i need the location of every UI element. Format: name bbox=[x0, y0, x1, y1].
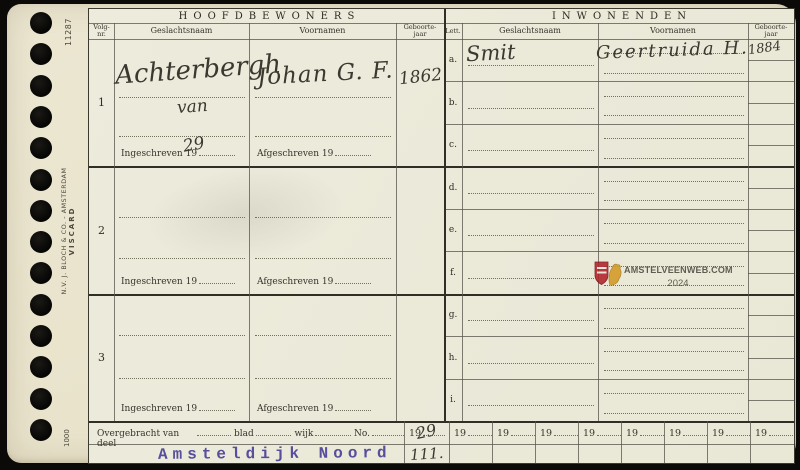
punch-hole bbox=[30, 325, 52, 347]
dotted-line bbox=[119, 335, 245, 336]
year-cell: 19 bbox=[449, 421, 492, 444]
dotted-line bbox=[468, 363, 594, 364]
row-letter: d. bbox=[444, 166, 462, 209]
column-header-volgnr: Volg- nr. bbox=[89, 23, 114, 39]
punch-hole bbox=[30, 419, 52, 441]
wijk-label: wijk bbox=[294, 429, 313, 439]
year-cell: 19 bbox=[621, 421, 664, 444]
main-resident-row: 2 Ingeschreven 19 Afgeschreven 19 bbox=[89, 166, 444, 294]
year-prefix: 19 bbox=[755, 428, 767, 439]
dotted-line bbox=[604, 393, 744, 394]
punch-hole bbox=[30, 356, 52, 378]
year-prefix: 19 bbox=[626, 428, 638, 439]
divider-line bbox=[89, 23, 794, 24]
dotted-line bbox=[468, 108, 594, 109]
year-cell: 19 bbox=[578, 421, 621, 444]
watermark-year: 2024 bbox=[624, 278, 732, 289]
dotted-line bbox=[604, 115, 744, 116]
dotted-line bbox=[468, 405, 594, 406]
dotted-line bbox=[119, 378, 245, 379]
surname-prefix-handwritten: van bbox=[176, 96, 208, 118]
year-prefix: 19 bbox=[497, 428, 509, 439]
address-stamp-cell: Amsteldijk Noord bbox=[89, 444, 404, 463]
lodger-row: i. bbox=[444, 379, 794, 421]
row-letter: g. bbox=[444, 294, 462, 336]
dotted-line bbox=[372, 428, 404, 436]
no-label: No. bbox=[354, 429, 370, 439]
column-header-geslachtsnaam-2: Geslachtsnaam bbox=[462, 23, 598, 39]
ingeschreven-field: Ingeschreven 19 bbox=[121, 276, 235, 287]
row-letter: c. bbox=[444, 124, 462, 166]
lodger-firstnames-handwritten: Geertruida H. bbox=[596, 37, 750, 63]
dotted-line bbox=[468, 320, 594, 321]
birthyear-handwritten: 1862 bbox=[398, 65, 443, 89]
dotted-line bbox=[683, 428, 707, 436]
registration-table: HOOFDBEWONERS INWONENDEN Volg- nr. Gesla… bbox=[88, 8, 795, 464]
serial-number-bottom: 1000 bbox=[63, 429, 71, 447]
lodger-row: g. bbox=[444, 294, 794, 336]
dotted-line bbox=[199, 276, 235, 284]
lodger-row: d. bbox=[444, 166, 794, 209]
dotted-line bbox=[604, 181, 744, 182]
house-number-handwritten: 111. bbox=[409, 444, 444, 464]
dotted-line bbox=[604, 73, 744, 74]
lodger-birthyear-handwritten: 1884 bbox=[747, 39, 782, 58]
divider-line bbox=[748, 358, 794, 359]
year-prefix: 19 bbox=[712, 428, 724, 439]
dotted-line bbox=[511, 428, 535, 436]
divider-line bbox=[748, 60, 794, 61]
punch-hole bbox=[30, 200, 52, 222]
year-cell: 19 bbox=[492, 421, 535, 444]
lodger-row: h. bbox=[444, 336, 794, 379]
punch-hole bbox=[30, 43, 52, 65]
dotted-line bbox=[604, 96, 744, 97]
ingeschreven-label: Ingeschreven 19 bbox=[121, 277, 197, 287]
serial-number-top: 11287 bbox=[64, 18, 73, 46]
punch-hole bbox=[30, 75, 52, 97]
dotted-line bbox=[640, 428, 664, 436]
dotted-line bbox=[604, 223, 744, 224]
punch-hole bbox=[30, 106, 52, 128]
amstelveen-crest-icon bbox=[594, 259, 624, 293]
row-letter: e. bbox=[444, 209, 462, 251]
printer-name: N.V. J. BLOCH & CO. - AMSTERDAM bbox=[61, 160, 68, 302]
ingeschreven-field: Ingeschreven 19 bbox=[121, 403, 235, 414]
row-letter: a. bbox=[444, 39, 462, 81]
year-prefix: 19 bbox=[454, 428, 466, 439]
column-header-voornamen: Voornamen bbox=[249, 23, 396, 39]
year-prefix: 19 bbox=[669, 428, 681, 439]
dotted-line bbox=[604, 158, 744, 159]
divider-line bbox=[748, 145, 794, 146]
dotted-line bbox=[255, 217, 391, 218]
main-resident-row: 1 Achterbergh van Johan G. F. 1862 Inges… bbox=[89, 39, 444, 166]
dotted-line bbox=[255, 136, 391, 137]
dotted-line bbox=[256, 428, 292, 436]
punch-hole bbox=[30, 262, 52, 284]
dotted-line bbox=[604, 200, 744, 201]
address-stamp: Amsteldijk Noord bbox=[158, 444, 392, 464]
row-letter: b. bbox=[444, 81, 462, 124]
afgeschreven-label: Afgeschreven 19 bbox=[257, 277, 333, 287]
watermark: AMSTELVEENWEB.COM 2024 bbox=[594, 259, 734, 299]
row-letter: f. bbox=[444, 251, 462, 294]
column-header-geboortejaar: Geboorte- jaar bbox=[396, 23, 444, 39]
ingeschreven-label: Ingeschreven 19 bbox=[121, 404, 197, 414]
section-title-hoofdbewoners: HOOFDBEWONERS bbox=[89, 9, 444, 23]
lodger-row: a. Smit Geertruida H. 1884 bbox=[444, 39, 794, 81]
dotted-line bbox=[335, 276, 371, 284]
dotted-line bbox=[769, 428, 793, 436]
dotted-line bbox=[335, 148, 371, 156]
row-number: 2 bbox=[89, 166, 114, 294]
row-letter: h. bbox=[444, 336, 462, 379]
row-number: 1 bbox=[89, 39, 114, 166]
dotted-line bbox=[604, 308, 744, 309]
year-prefix: 19 bbox=[540, 428, 552, 439]
dotted-line bbox=[604, 243, 744, 244]
dotted-line bbox=[199, 403, 235, 411]
afgeschreven-label: Afgeschreven 19 bbox=[257, 149, 333, 159]
afgeschreven-field: Afgeschreven 19 bbox=[257, 148, 371, 159]
row-letter: i. bbox=[444, 379, 462, 421]
afgeschreven-field: Afgeschreven 19 bbox=[257, 403, 371, 414]
dotted-line bbox=[726, 428, 750, 436]
dotted-line bbox=[255, 378, 391, 379]
transfer-field: Overgebracht van deel blad wijk No. bbox=[89, 421, 404, 444]
dotted-line bbox=[468, 235, 594, 236]
column-header-geslachtsnaam: Geslachtsnaam bbox=[114, 23, 249, 39]
punch-hole bbox=[30, 12, 52, 34]
lodger-row: c. bbox=[444, 124, 794, 166]
afgeschreven-label: Afgeschreven 19 bbox=[257, 404, 333, 414]
dotted-line bbox=[468, 278, 594, 279]
punch-hole bbox=[30, 137, 52, 159]
dotted-line bbox=[597, 428, 621, 436]
watermark-text: AMSTELVEENWEB.COM 2024 bbox=[624, 265, 732, 289]
dotted-line bbox=[468, 193, 594, 194]
dotted-line bbox=[255, 335, 391, 336]
dotted-line bbox=[119, 217, 245, 218]
lodger-row: b. bbox=[444, 81, 794, 124]
dotted-line bbox=[255, 97, 391, 98]
blad-label: blad bbox=[234, 429, 254, 439]
divider-line bbox=[748, 315, 794, 316]
dotted-line bbox=[197, 428, 231, 436]
printer-imprint: N.V. J. BLOCH & CO. - AMSTERDAM VISCARD bbox=[61, 160, 76, 302]
divider-line bbox=[748, 103, 794, 104]
dotted-line bbox=[604, 328, 744, 329]
dotted-line bbox=[315, 428, 351, 436]
divider-line bbox=[748, 230, 794, 231]
dotted-line bbox=[604, 413, 744, 414]
dotted-line bbox=[554, 428, 578, 436]
section-title-inwonenden: INWONENDEN bbox=[444, 9, 794, 23]
column-header-geboortejaar-2: Geboorte- jaar bbox=[748, 23, 794, 39]
divider-line bbox=[748, 188, 794, 189]
dotted-line bbox=[604, 370, 744, 371]
brand-name: VISCARD bbox=[68, 160, 76, 302]
punch-hole bbox=[30, 388, 52, 410]
dotted-line bbox=[604, 351, 744, 352]
lodger-surname-handwritten: Smit bbox=[465, 40, 516, 67]
ingeschreven-year-handwritten: 29 bbox=[181, 133, 206, 156]
dotted-line bbox=[604, 138, 744, 139]
watermark-site: AMSTELVEENWEB.COM bbox=[624, 265, 732, 275]
dotted-line bbox=[255, 258, 391, 259]
year-cell: 19 bbox=[750, 421, 794, 444]
lodger-row: e. bbox=[444, 209, 794, 251]
ingeschreven-field: Ingeschreven 19 bbox=[121, 148, 235, 159]
row-number: 3 bbox=[89, 294, 114, 421]
punch-hole bbox=[30, 169, 52, 191]
year-cell: 19 bbox=[707, 421, 750, 444]
scanned-registration-card: 11287 N.V. J. BLOCH & CO. - AMSTERDAM VI… bbox=[0, 0, 800, 470]
year-cell: 19 bbox=[535, 421, 578, 444]
year-prefix: 19 bbox=[583, 428, 595, 439]
main-resident-row: 3 Ingeschreven 19 Afgeschreven 19 bbox=[89, 294, 444, 421]
dotted-line bbox=[468, 428, 492, 436]
dotted-line bbox=[119, 258, 245, 259]
column-header-lett: Lett. bbox=[444, 23, 462, 39]
dotted-line bbox=[468, 150, 594, 151]
afgeschreven-field: Afgeschreven 19 bbox=[257, 276, 371, 287]
column-header-voornamen-2: Voornamen bbox=[598, 23, 748, 39]
dotted-line bbox=[335, 403, 371, 411]
year-cell: 19 bbox=[664, 421, 707, 444]
divider-line bbox=[748, 400, 794, 401]
punch-hole bbox=[30, 231, 52, 253]
divider-line bbox=[748, 273, 794, 274]
punch-hole bbox=[30, 294, 52, 316]
